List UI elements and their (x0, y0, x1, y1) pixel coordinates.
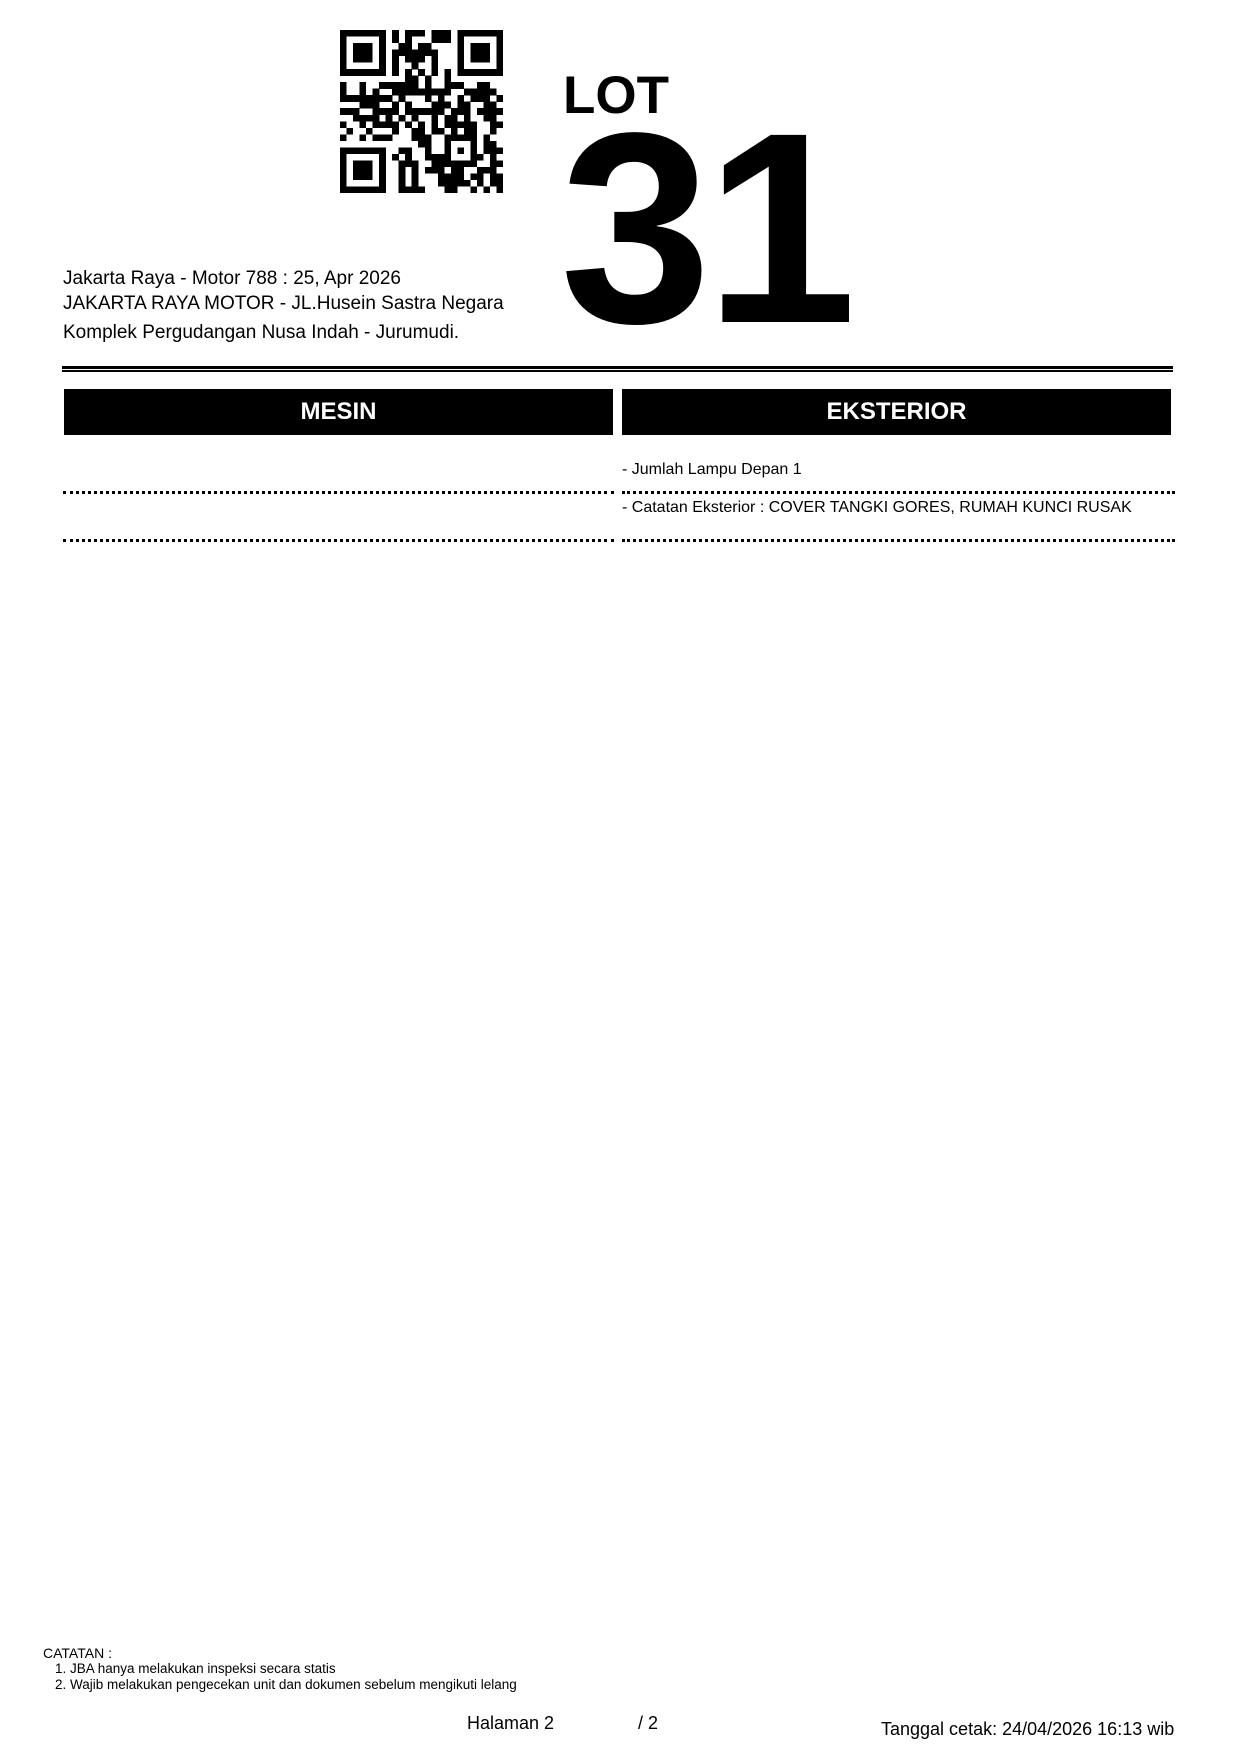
qr-code (340, 30, 503, 193)
row-divider (63, 539, 614, 542)
row-divider (622, 539, 1175, 542)
row-divider (63, 491, 614, 494)
auction-address-line-2: Komplek Pergudangan Nusa Indah - Jurumud… (63, 318, 459, 347)
lot-number: 31 (560, 92, 851, 364)
page-total: / 2 (638, 1712, 658, 1734)
column-header-mesin: MESIN (64, 389, 613, 435)
print-date: Tanggal cetak: 24/04/2026 16:13 wib (881, 1718, 1174, 1740)
header-divider-thin (62, 370, 1173, 372)
eksterior-cell-2: - Catatan Eksterior : COVER TANGKI GORES… (622, 498, 1162, 517)
notes-title: CATATAN : (43, 1645, 112, 1661)
column-header-eksterior: EKSTERIOR (622, 389, 1171, 435)
row-divider (622, 491, 1175, 494)
note-item: 2. Wajib melakukan pengecekan unit dan d… (55, 1677, 517, 1693)
header-divider-thick (62, 366, 1173, 369)
auction-address-line-1: JAKARTA RAYA MOTOR - JL.Husein Sastra Ne… (63, 289, 504, 318)
note-item: 1. JBA hanya melakukan inspeksi secara s… (55, 1661, 336, 1677)
eksterior-cell-1: - Jumlah Lampu Depan 1 (622, 460, 1171, 479)
page-number: Halaman 2 (467, 1712, 554, 1734)
